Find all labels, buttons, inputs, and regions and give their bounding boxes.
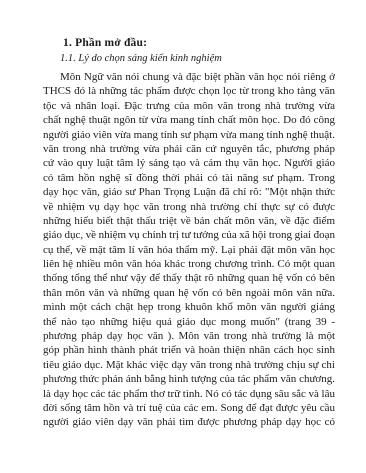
document-content: 1. Phần mở đầu: 1.1. Lý do chọn sáng kiế… (43, 36, 335, 430)
paragraph-line: có tâm hồn nghệ sĩ đồng thời phải có tài… (43, 171, 335, 185)
document-page: 1. Phần mở đầu: 1.1. Lý do chọn sáng kiế… (0, 0, 366, 473)
paragraph-line: tộc và nhân loại. Đặc trưng của môn văn … (43, 99, 335, 113)
paragraph-line: văn trong nhà trường vừa phải căn cứ ngu… (43, 142, 335, 156)
paragraph-line: thân môn văn và những quan hệ vốn có bên… (43, 286, 335, 300)
paragraph-line: Môn Ngữ văn nói chung và đặc biệt phần v… (43, 70, 335, 84)
paragraph-line: chất nghệ thuật ngôn từ vừa mang tính ch… (43, 113, 335, 127)
section-heading: 1. Phần mở đầu: (43, 36, 335, 52)
paragraph-line: tiêu giáo dục. Mặt khác việc dạy văn tro… (43, 358, 335, 372)
paragraph-line: góp phần hình thành phát triển và hoàn t… (43, 343, 335, 357)
paragraph-line: người giáo viên vừa mang tính sư phạm vừ… (43, 128, 335, 142)
paragraph-line: phương pháp dạy học văn ). Môn văn trong… (43, 329, 335, 343)
paragraph-line: đời sống tâm hồn và trí tuệ của các em. … (43, 401, 335, 415)
paragraph-line: giáo dục, về nhiệm vụ chính trị tư tưởng… (43, 228, 335, 242)
paragraph-line: phương thức phản ánh bằng hình tượng của… (43, 372, 335, 386)
paragraph-line: THCS đó là những tác phẩm được chọn lọc … (43, 84, 335, 98)
paragraph-line: là dạy học các tác phẩm thơ trữ tình. Nó… (43, 387, 335, 401)
paragraph-line: mình một cách chật hẹp trong khuôn khổ m… (43, 300, 335, 314)
paragraph-line: về nhiệm vụ dạy học văn trong nhà trường… (43, 200, 335, 214)
paragraph-line: cụ thể, về mặt tâm lí văn hóa thẩm mỹ. L… (43, 243, 335, 257)
paragraph-line: dạy học văn, giáo sư Phan Trọng Luận đã … (43, 185, 335, 199)
paragraph-line: thống tổng thể như vậy để thấy thật rõ n… (43, 271, 335, 285)
paragraph-line: thể nào tạo những hiệu quả giáo dục mong… (43, 315, 335, 329)
subsection-heading: 1.1. Lý do chọn sáng kiến kinh nghiệm (43, 52, 335, 68)
paragraph-line: người giáo viên dạy văn phải tìm được ph… (43, 415, 335, 429)
paragraph: Môn Ngữ văn nói chung và đặc biệt phần v… (43, 70, 335, 430)
paragraph-line: những hiểu biết thật thấu triệt về bản c… (43, 214, 335, 228)
paragraph-line: cứ vào quy luật tâm lý sáng tạo và cảm t… (43, 156, 335, 170)
paragraph-line: liên hệ nhiều môn văn hóa khác trong chư… (43, 257, 335, 271)
